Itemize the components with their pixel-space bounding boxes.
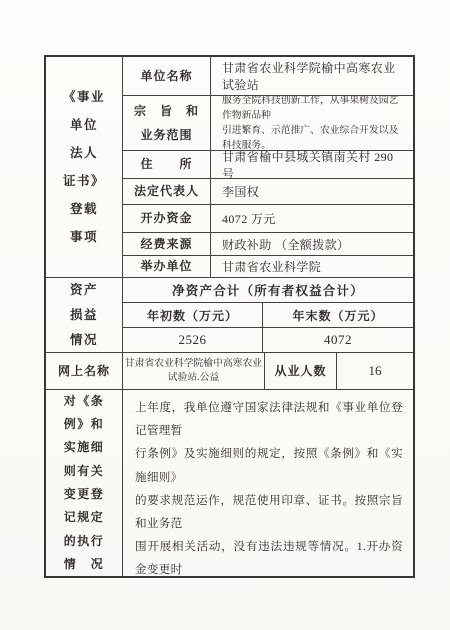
assets-header-row: 净资产合计（所有者权益合计） bbox=[123, 278, 413, 303]
online-name-section: 网上名称 甘肃省农业科学院榆中高寒农业 试验站.公益 从业人数 16 bbox=[46, 353, 413, 390]
certificate-section: 《事业 单位 法人 证书》 登载 事项 单位名称 甘肃省农业科学院榆中高寒农业试… bbox=[46, 57, 413, 278]
funding-source-value: 财政补助 （全额拨款） bbox=[211, 233, 413, 255]
scanned-form-page: 《事业 单位 法人 证书》 登载 事项 单位名称 甘肃省农业科学院榆中高寒农业试… bbox=[0, 0, 450, 630]
year-end-label: 年末数（万元） bbox=[263, 303, 413, 328]
funding-source-label: 经费来源 bbox=[123, 233, 211, 255]
compliance-text: 上年度，我单位遵守国家法律法规和《事业单位登记管理暂 行条例》及实施细则的规定，… bbox=[123, 390, 413, 576]
year-end-value: 4072 bbox=[263, 328, 413, 352]
assets-col-labels-row: 年初数（万元） 年末数（万元） bbox=[123, 303, 413, 329]
sponsor-unit-value: 甘肃省农业科学院 bbox=[211, 256, 413, 277]
year-start-value: 2526 bbox=[123, 328, 263, 352]
legal-representative-label: 法定代表人 bbox=[123, 179, 211, 204]
assets-rows: 净资产合计（所有者权益合计） 年初数（万元） 年末数（万元） 2526 4072 bbox=[123, 278, 413, 352]
online-name-label: 网上名称 bbox=[46, 353, 123, 389]
row-address: 住 所 甘肃省榆中县城关镇南关村 290 号 bbox=[123, 151, 413, 179]
certificate-side-label: 《事业 单位 法人 证书》 登载 事项 bbox=[46, 57, 123, 277]
registration-form-table: 《事业 单位 法人 证书》 登载 事项 单位名称 甘肃省农业科学院榆中高寒农业试… bbox=[44, 55, 415, 578]
unit-name-label: 单位名称 bbox=[123, 57, 211, 95]
legal-representative-value: 李国权 bbox=[211, 179, 413, 204]
compliance-section: 对《条 例》和 实施细 则有关 变更登 记规定 的执行 情 况 上年度，我单位遵… bbox=[46, 390, 413, 576]
address-value: 甘肃省榆中县城关镇南关村 290 号 bbox=[211, 151, 413, 178]
year-start-label: 年初数（万元） bbox=[123, 303, 263, 328]
assets-values-row: 2526 4072 bbox=[123, 328, 413, 352]
staff-count-label: 从业人数 bbox=[265, 353, 337, 389]
assets-side-label: 资产 损益 情况 bbox=[46, 278, 123, 352]
net-assets-header: 净资产合计（所有者权益合计） bbox=[123, 278, 413, 302]
row-legal-representative: 法定代表人 李国权 bbox=[123, 179, 413, 205]
row-unit-name: 单位名称 甘肃省农业科学院榆中高寒农业试验站 bbox=[123, 57, 413, 96]
staff-count-value: 16 bbox=[337, 353, 413, 389]
row-funding-source: 经费来源 财政补助 （全额拨款） bbox=[123, 233, 413, 256]
row-sponsor-unit: 举办单位 甘肃省农业科学院 bbox=[123, 256, 413, 277]
certificate-rows: 单位名称 甘肃省农业科学院榆中高寒农业试验站 宗 旨 和 业务范围 服务全院科技… bbox=[123, 57, 413, 277]
compliance-side-label: 对《条 例》和 实施细 则有关 变更登 记规定 的执行 情 况 bbox=[46, 390, 123, 576]
online-name-value: 甘肃省农业科学院榆中高寒农业 试验站.公益 bbox=[123, 353, 265, 389]
row-opening-funds: 开办资金 4072 万元 bbox=[123, 205, 413, 233]
mission-scope-value: 服务全院科技创新工作，从事果树及园艺作物新品种 引进繁育、示范推广、农业综合开发… bbox=[211, 96, 413, 150]
opening-funds-value: 4072 万元 bbox=[211, 205, 413, 232]
opening-funds-label: 开办资金 bbox=[123, 205, 211, 232]
row-mission-scope: 宗 旨 和 业务范围 服务全院科技创新工作，从事果树及园艺作物新品种 引进繁育、… bbox=[123, 96, 413, 151]
mission-scope-label: 宗 旨 和 业务范围 bbox=[123, 96, 211, 150]
unit-name-value: 甘肃省农业科学院榆中高寒农业试验站 bbox=[211, 57, 413, 95]
assets-section: 资产 损益 情况 净资产合计（所有者权益合计） 年初数（万元） 年末数（万元） … bbox=[46, 278, 413, 353]
sponsor-unit-label: 举办单位 bbox=[123, 256, 211, 277]
address-label: 住 所 bbox=[123, 151, 211, 178]
